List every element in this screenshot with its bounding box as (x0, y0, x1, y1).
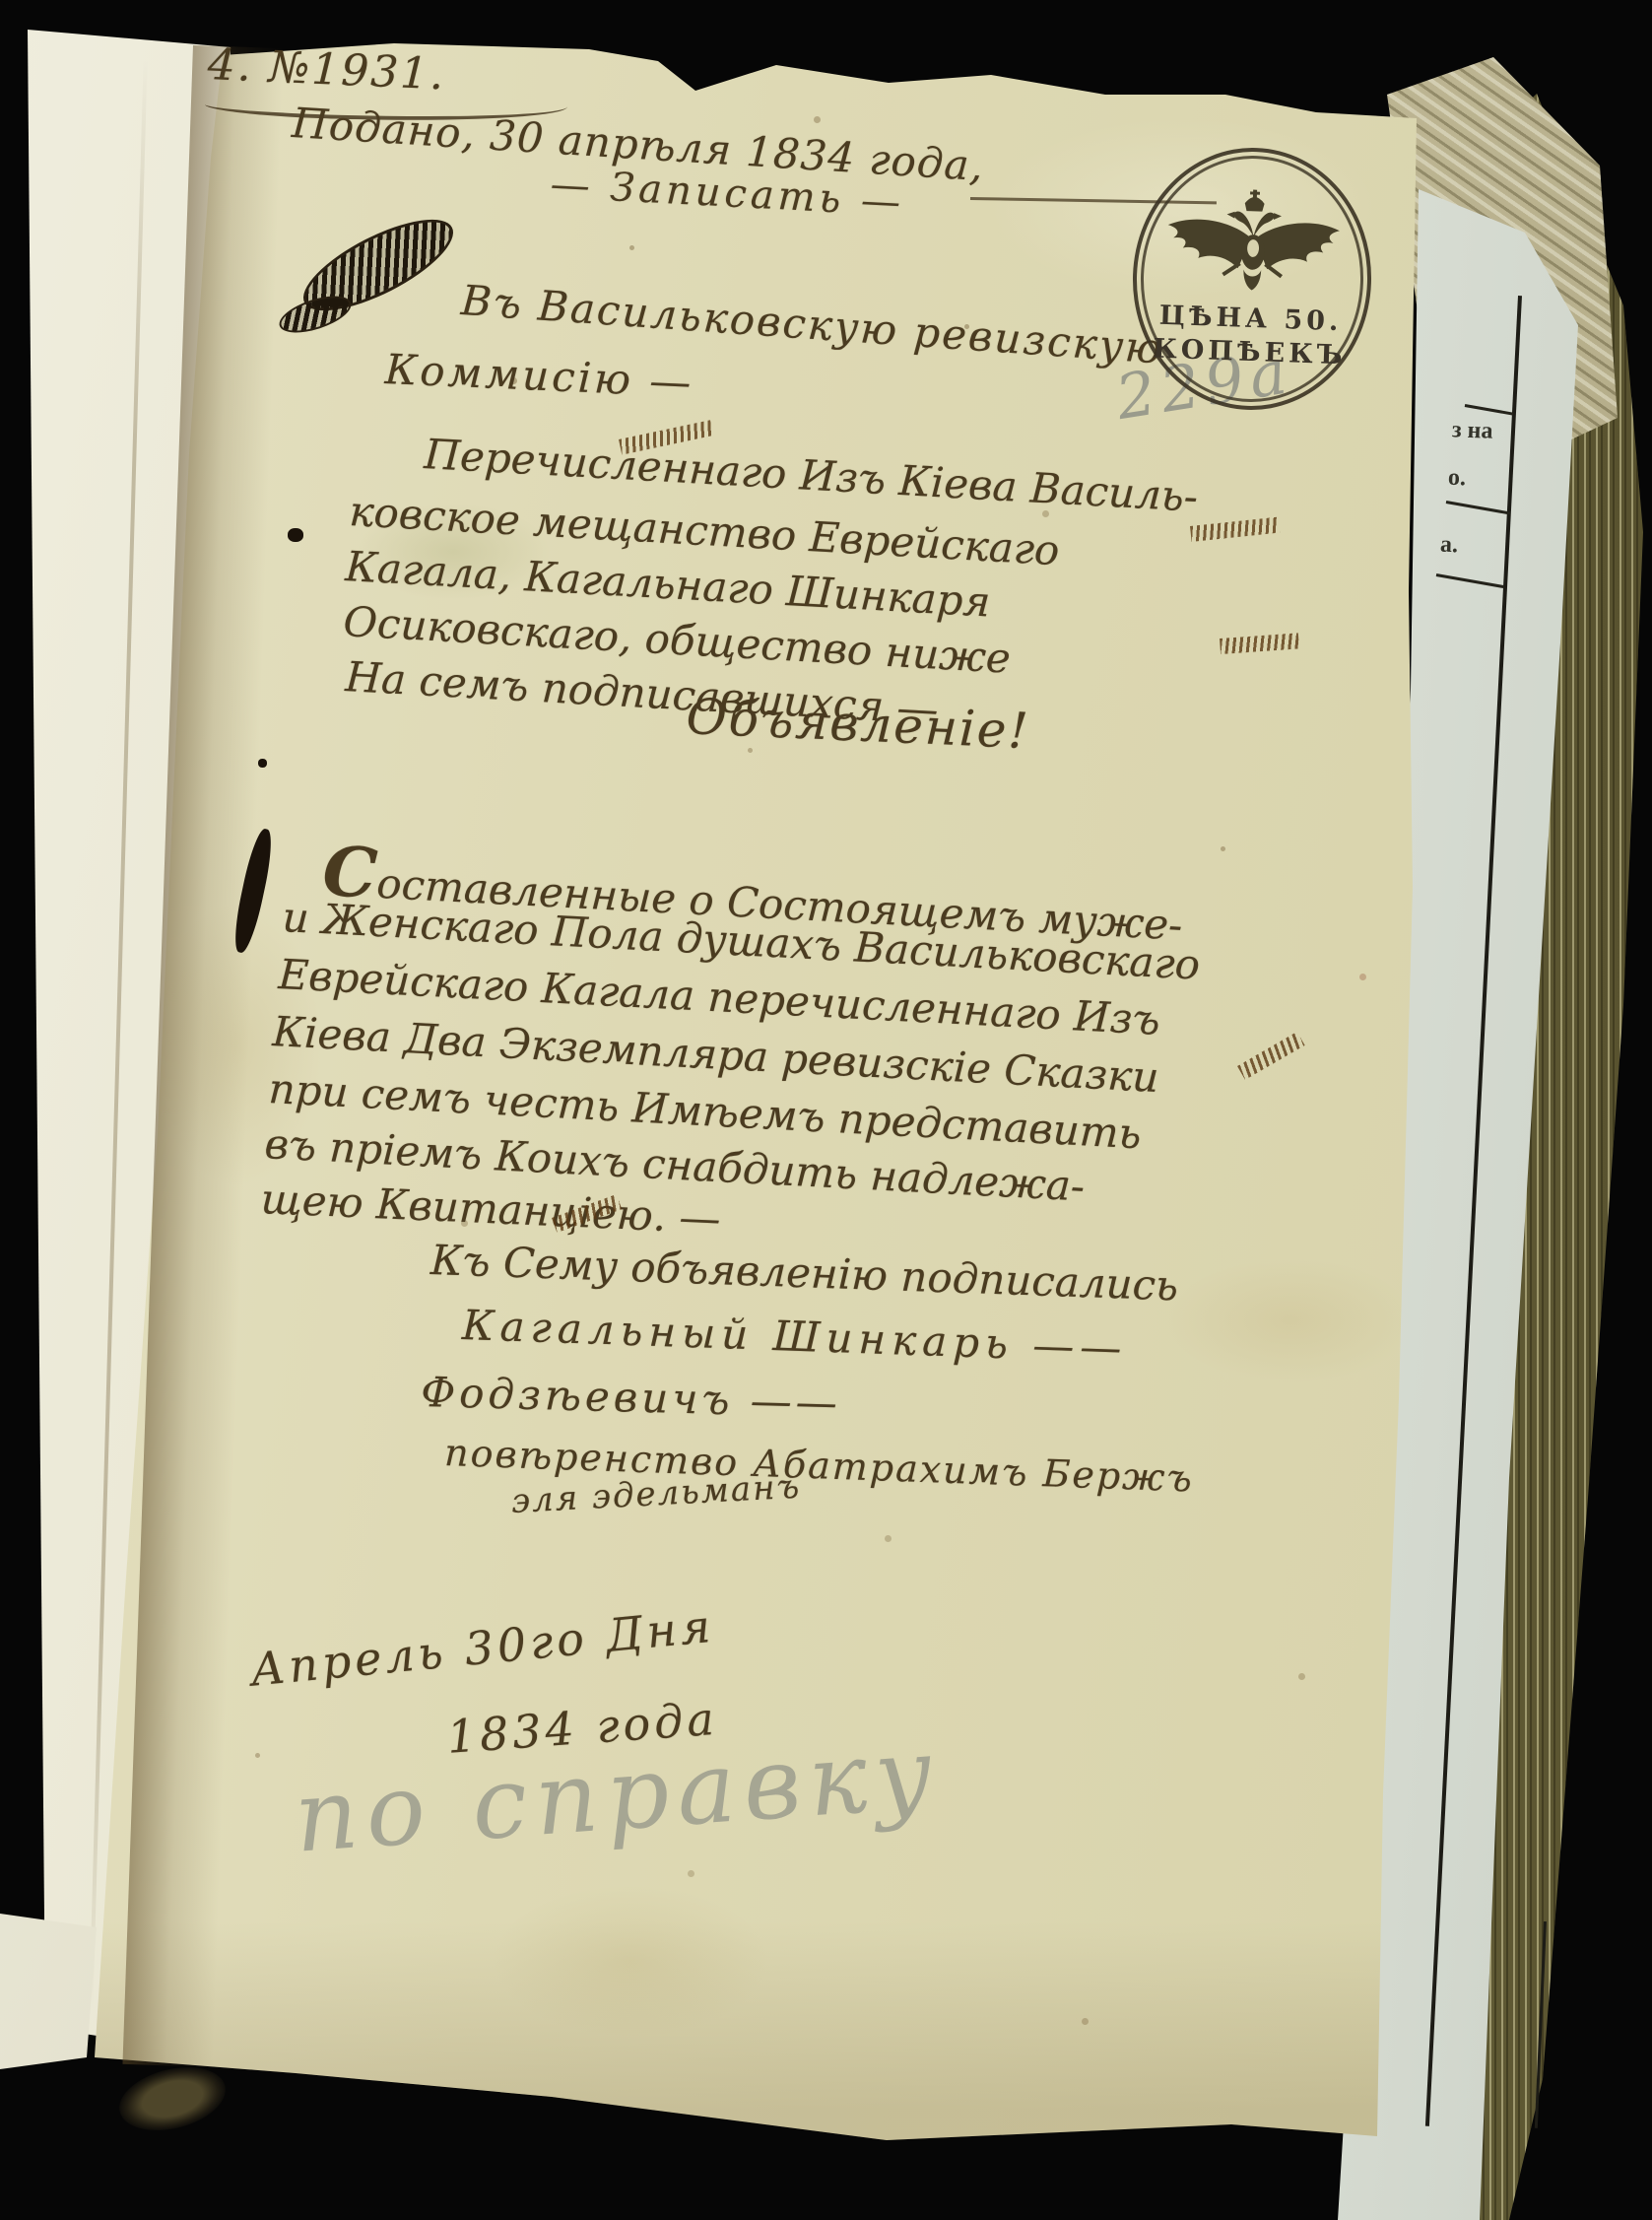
double-headed-eagle-icon (1154, 184, 1353, 307)
ink-blot (288, 528, 303, 542)
foxing-specks (0, 0, 3, 3)
printed-text-fragment: з на (1452, 417, 1493, 444)
printed-text-fragment: а. (1440, 532, 1459, 560)
binding-thread-tuft (112, 2057, 231, 2141)
revenue-stamp: ЦѢНА 50. КОПѢЕКЪ (1128, 144, 1375, 414)
archive-photo: з на о. а. 4. №1931. Подано, 30 апрѣля 1… (0, 0, 1652, 2220)
printed-text-fragment: о. (1448, 465, 1467, 493)
ink-blot (258, 759, 267, 768)
